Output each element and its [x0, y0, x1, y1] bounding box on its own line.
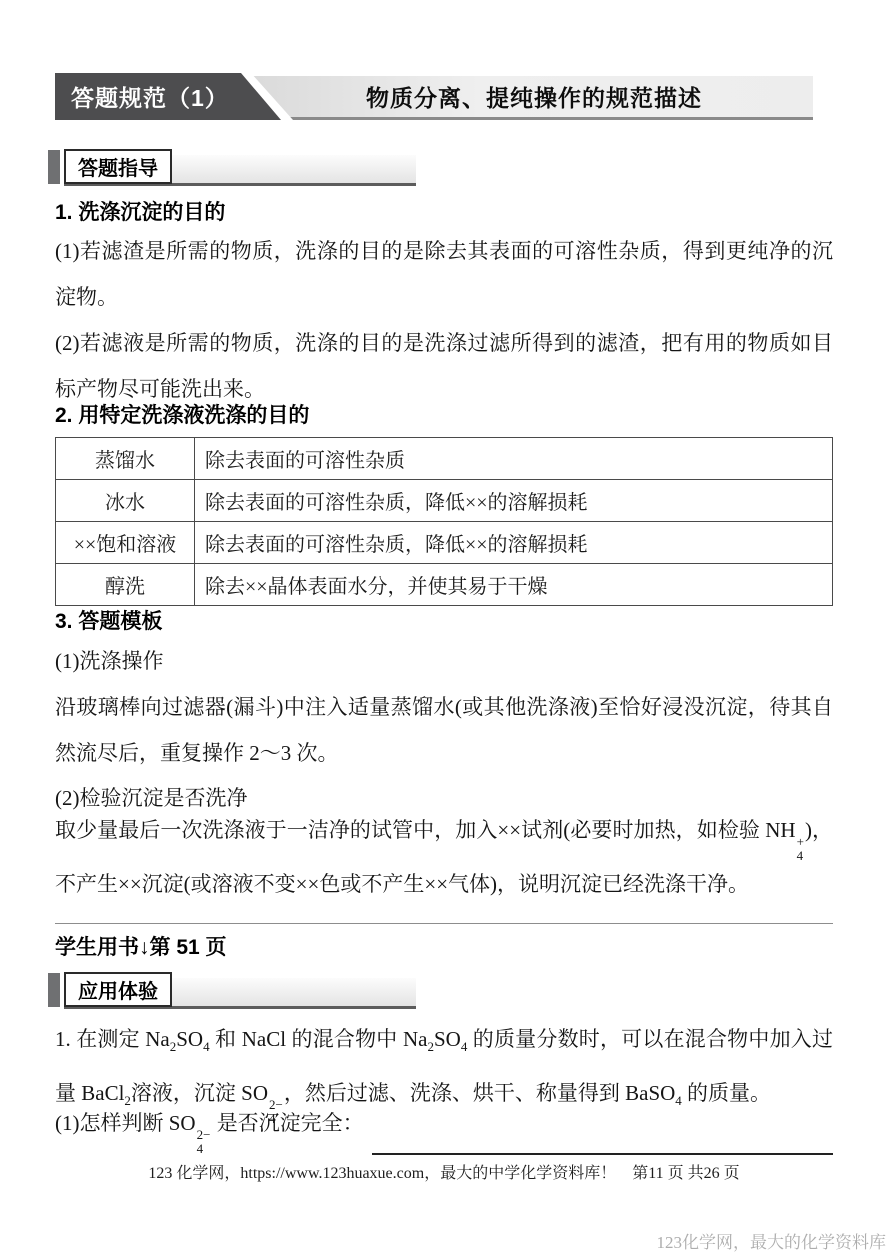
heading-2: 2. 用特定洗涤液洗涤的目的 — [55, 399, 833, 429]
practice-label-text: 应用体验 — [78, 975, 158, 1004]
paragraph-1: (1)若滤渣是所需的物质，洗涤的目的是除去其表面的可溶性杂质，得到更纯净的沉淀物… — [55, 228, 833, 320]
table-cell: 除去××晶体表面水分，并使其易于干燥 — [195, 564, 833, 606]
label-vertical-bar — [48, 973, 60, 1007]
page-title: 物质分离、提纯操作的规范描述 — [255, 76, 813, 117]
banner-badge-label: 答题规范（1） — [71, 80, 229, 113]
table-row: ××饱和溶液 除去表面的可溶性杂质，降低××的溶解损耗 — [56, 522, 833, 564]
table-cell: 蒸馏水 — [56, 438, 195, 480]
question-1-sub-text: (1)怎样判断 SO2−4 是否沉淀完全： — [55, 1100, 364, 1155]
wash-liquid-table: 蒸馏水 除去表面的可溶性杂质 冰水 除去表面的可溶性杂质，降低××的溶解损耗 ×… — [55, 437, 833, 606]
paragraph-6: 取少量最后一次洗涤液于一洁净的试管中，加入××试剂(必要时加热，如检验 NH+4… — [55, 808, 833, 907]
table-row: 醇洗 除去××晶体表面水分，并使其易于干燥 — [56, 564, 833, 606]
heading-3: 3. 答题模板 — [55, 605, 833, 635]
table-cell: ××饱和溶液 — [56, 522, 195, 564]
table-cell: 除去表面的可溶性杂质，降低××的溶解损耗 — [195, 522, 833, 564]
table-cell: 除去表面的可溶性杂质，降低××的溶解损耗 — [195, 480, 833, 522]
table-cell: 除去表面的可溶性杂质 — [195, 438, 833, 480]
section-label-guide: 答题指导 — [48, 149, 416, 186]
paragraph-4: 沿玻璃棒向过滤器(漏斗)中注入适量蒸馏水(或其他洗涤液)至恰好浸没沉淀，待其自然… — [55, 684, 833, 776]
table-cell: 冰水 — [56, 480, 195, 522]
guide-label-text: 答题指导 — [78, 152, 158, 181]
site-watermark: 123化学网，最大的化学资料库 — [657, 1228, 887, 1253]
paragraph-3: (1)洗涤操作 — [55, 638, 833, 684]
label-vertical-bar — [48, 150, 60, 184]
document-page: 答题规范（1） 物质分离、提纯操作的规范描述 答题指导 1. 洗涤沉淀的目的 (… — [0, 0, 888, 1255]
divider-line — [55, 923, 833, 924]
section-label-practice: 应用体验 — [48, 972, 416, 1009]
page-footer: 123 化学网，https://www.123huaxue.com，最大的中学化… — [0, 1160, 888, 1183]
table-row: 蒸馏水 除去表面的可溶性杂质 — [56, 438, 833, 480]
table-cell: 醇洗 — [56, 564, 195, 606]
practice-label-box: 应用体验 — [64, 972, 172, 1007]
table-row: 冰水 除去表面的可溶性杂质，降低××的溶解损耗 — [56, 480, 833, 522]
answer-blank-line — [372, 1123, 833, 1155]
guide-label-box: 答题指导 — [64, 149, 172, 184]
header-banner: 答题规范（1） 物质分离、提纯操作的规范描述 — [55, 73, 813, 120]
heading-1: 1. 洗涤沉淀的目的 — [55, 196, 833, 226]
student-book-ref: 学生用书↓第 51 页 — [55, 931, 833, 961]
question-1-sub: (1)怎样判断 SO2−4 是否沉淀完全： — [55, 1100, 833, 1155]
